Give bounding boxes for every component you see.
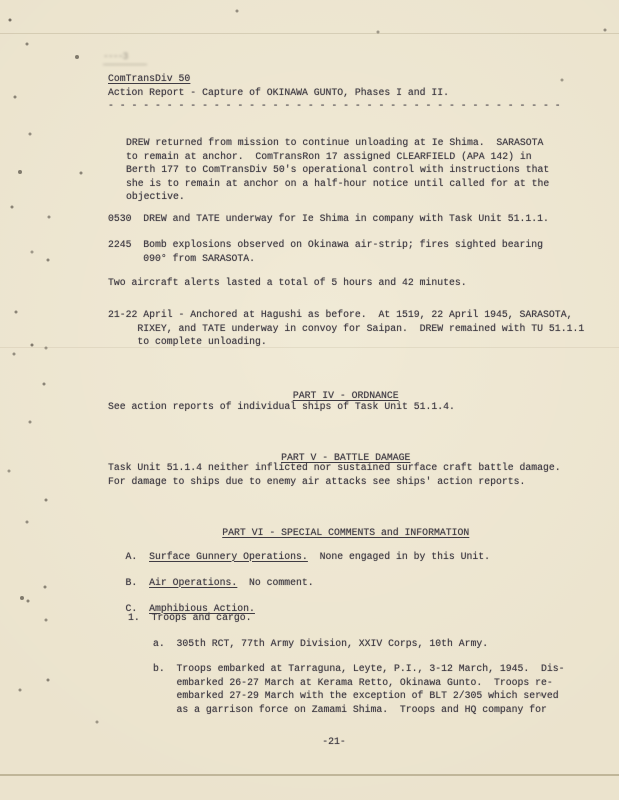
item-a-title: Surface Gunnery Operations. <box>149 551 308 562</box>
fold-crease-bottom <box>0 774 619 776</box>
divider-dashes: - - - - - - - - - - - - - - - - - - - - … <box>108 99 561 113</box>
ink-speckles <box>0 0 2 2</box>
paragraph-drew-returned: DREW returned from mission to continue u… <box>126 136 549 204</box>
item-a-label: A. <box>126 551 150 562</box>
page-number: -21- <box>108 735 560 749</box>
report-unit: ComTransDiv 50 <box>108 72 190 86</box>
item-troops-embarked: b. Troops embarked at Tarraguna, Leyte, … <box>153 662 565 716</box>
item-b-label: B. <box>126 577 150 588</box>
item-b-title: Air Operations. <box>149 577 237 588</box>
report-title: Action Report - Capture of OKINAWA GUNTO… <box>108 86 449 100</box>
item-305th-rct: a. 305th RCT, 77th Army Division, XXIV C… <box>153 637 488 651</box>
item-troops-and-cargo: 1. Troops and cargo. <box>128 611 251 625</box>
aircraft-alerts-line: Two aircraft alerts lasted a total of 5 … <box>108 276 467 290</box>
fold-crease-top <box>0 33 619 34</box>
paragraph-21-22-april: 21-22 April - Anchored at Hagushi as bef… <box>108 308 584 349</box>
part-v-body: Task Unit 51.1.4 neither inflicted nor s… <box>108 461 561 488</box>
log-entry-2245: 2245 Bomb explosions observed on Okinawa… <box>108 238 543 265</box>
faded-stamp: ----3 <box>103 50 147 65</box>
item-a-rest: None engaged in by this Unit. <box>308 551 490 562</box>
part-iv-body: See action reports of individual ships o… <box>108 400 455 414</box>
item-b-rest: No comment. <box>237 577 313 588</box>
log-entry-0530: 0530 DREW and TATE underway for Ie Shima… <box>108 212 549 226</box>
part-iv-heading-text: PART IV - ORDNANCE <box>293 390 399 401</box>
scanned-page: ----3 ComTransDiv 50 Action Report - Cap… <box>0 0 619 800</box>
